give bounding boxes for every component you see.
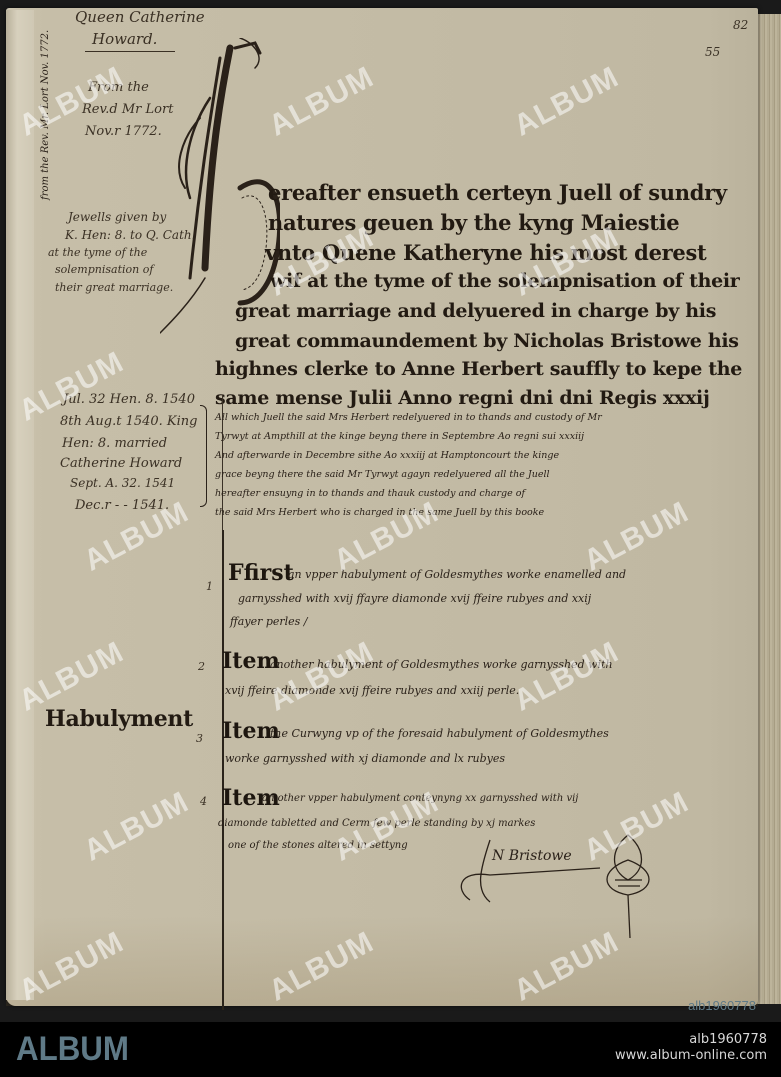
heading-line-2: natures geuen by the kyng Maiestie [268,210,679,235]
album-logo[interactable]: ALBUM [16,1030,129,1069]
header-note-line2: Howard. [92,32,157,47]
svg-text:H: H [170,318,184,337]
subject-note-line3: at the tyme of the [48,245,147,260]
item-1-lead: Ffirst [228,560,294,586]
heading-line-3: vnto Quene Katheryne his most derest [265,240,706,265]
date-note-line4: Catherine Howard [60,456,182,471]
signature-flourish [450,830,670,940]
item-1-number: 1 [206,580,213,593]
paragraph-line-6: the said Mrs Herbert who is charged in t… [215,507,544,518]
heading-line-6: great commaundement by Nicholas Bristowe… [235,330,739,352]
item-1-line-3: ffayer perles / [230,615,308,628]
provenance-line3: Nov.r 1772. [85,124,162,139]
item-1-line-2: garnysshed with xvij ffayre diamonde xvi… [238,592,591,605]
date-note-line3: Hen: 8. married [62,436,167,451]
folio-number-old: 82 [733,18,748,32]
edge-image-id: alb1960778 [688,998,756,1013]
heading-line-5: great marriage and delyuered in charge b… [235,300,716,322]
paragraph-line-2: Tyrwyt at Ampthill at the kinge beyng th… [215,431,584,442]
vertical-provenance-note: from the Rev. Mr. Lort Nov. 1772. [40,30,51,200]
subject-note-line1: Jewells given by [68,210,166,225]
date-note-line2: 8th Aug.t 1540. King [60,414,197,429]
date-note-bracket [200,405,207,507]
item-3-line-2: worke garnysshed with xj diamonde and lx… [225,752,505,765]
item-2-number: 2 [198,660,205,673]
heading-line-8: same mense Julii Anno regni dni dni Regi… [215,387,710,409]
inventory-margin-rule [222,530,224,1010]
footer-bar: ALBUM alb1960778 www.album-online.com [0,1022,781,1077]
paragraph-line-4: grace beyng there the said Mr Tyrwyt aga… [215,469,550,480]
paragraph-line-5: hereafter ensuyng in to thands and thauk… [215,488,525,499]
item-4-number: 4 [200,795,207,808]
header-note-line1: Queen Catherine [75,10,205,25]
page-gutter [6,10,34,1000]
heading-line-4: wif at the tyme of the solempnisation of… [270,270,740,292]
decorated-initial-h: H [160,38,280,338]
subject-note-line4: solempnisation of [55,262,153,277]
item-3-line-1: the Curwyng vp of the foresaid habulymen… [270,727,609,740]
date-note-line1: Jul. 32 Hen. 8. 1540 [63,392,195,407]
item-2-line-2: xvij ffeire diamonde xvij ffeire rubyes … [225,684,519,697]
item-4-line-3: one of the stones altered in settyng [228,840,408,851]
item-3-number: 3 [196,732,203,745]
subject-note-line5: their great marriage. [55,280,173,295]
item-1-line-1: an vpper habulyment of Goldesmythes work… [288,568,626,581]
provenance-line1: From the [88,80,149,95]
date-note-line5: Sept. A. 32. 1541 [70,476,175,491]
image-id: alb1960778 [615,1032,767,1048]
margin-heading: Habulyment [45,706,193,732]
date-note-line6: Dec.r - - 1541. [75,498,169,513]
paragraph-line-3: And afterwarde in Decembre sithe Ao xxxi… [215,450,559,461]
item-2-line-1: another habulyment of Goldesmythes worke… [270,658,613,671]
heading-line-1: ereafter ensueth certeyn Juell of sundry [268,180,727,205]
folio-number: 55 [705,45,720,59]
heading-line-7: highnes clerke to Anne Herbert sauffly t… [215,358,742,380]
item-4-line-1: an other vpper habulyment conteynyng xx … [262,793,578,804]
item-4-line-2: diamonde tabletted and Cerm few perle st… [218,818,535,829]
image-reference: alb1960778 www.album-online.com [615,1032,767,1064]
paragraph-line-1: All which Juell the said Mrs Herbert red… [215,412,602,423]
website-link[interactable]: www.album-online.com [615,1048,767,1064]
manuscript-scan: 82 55 from the Rev. Mr. Lort Nov. 1772. … [0,0,781,1022]
